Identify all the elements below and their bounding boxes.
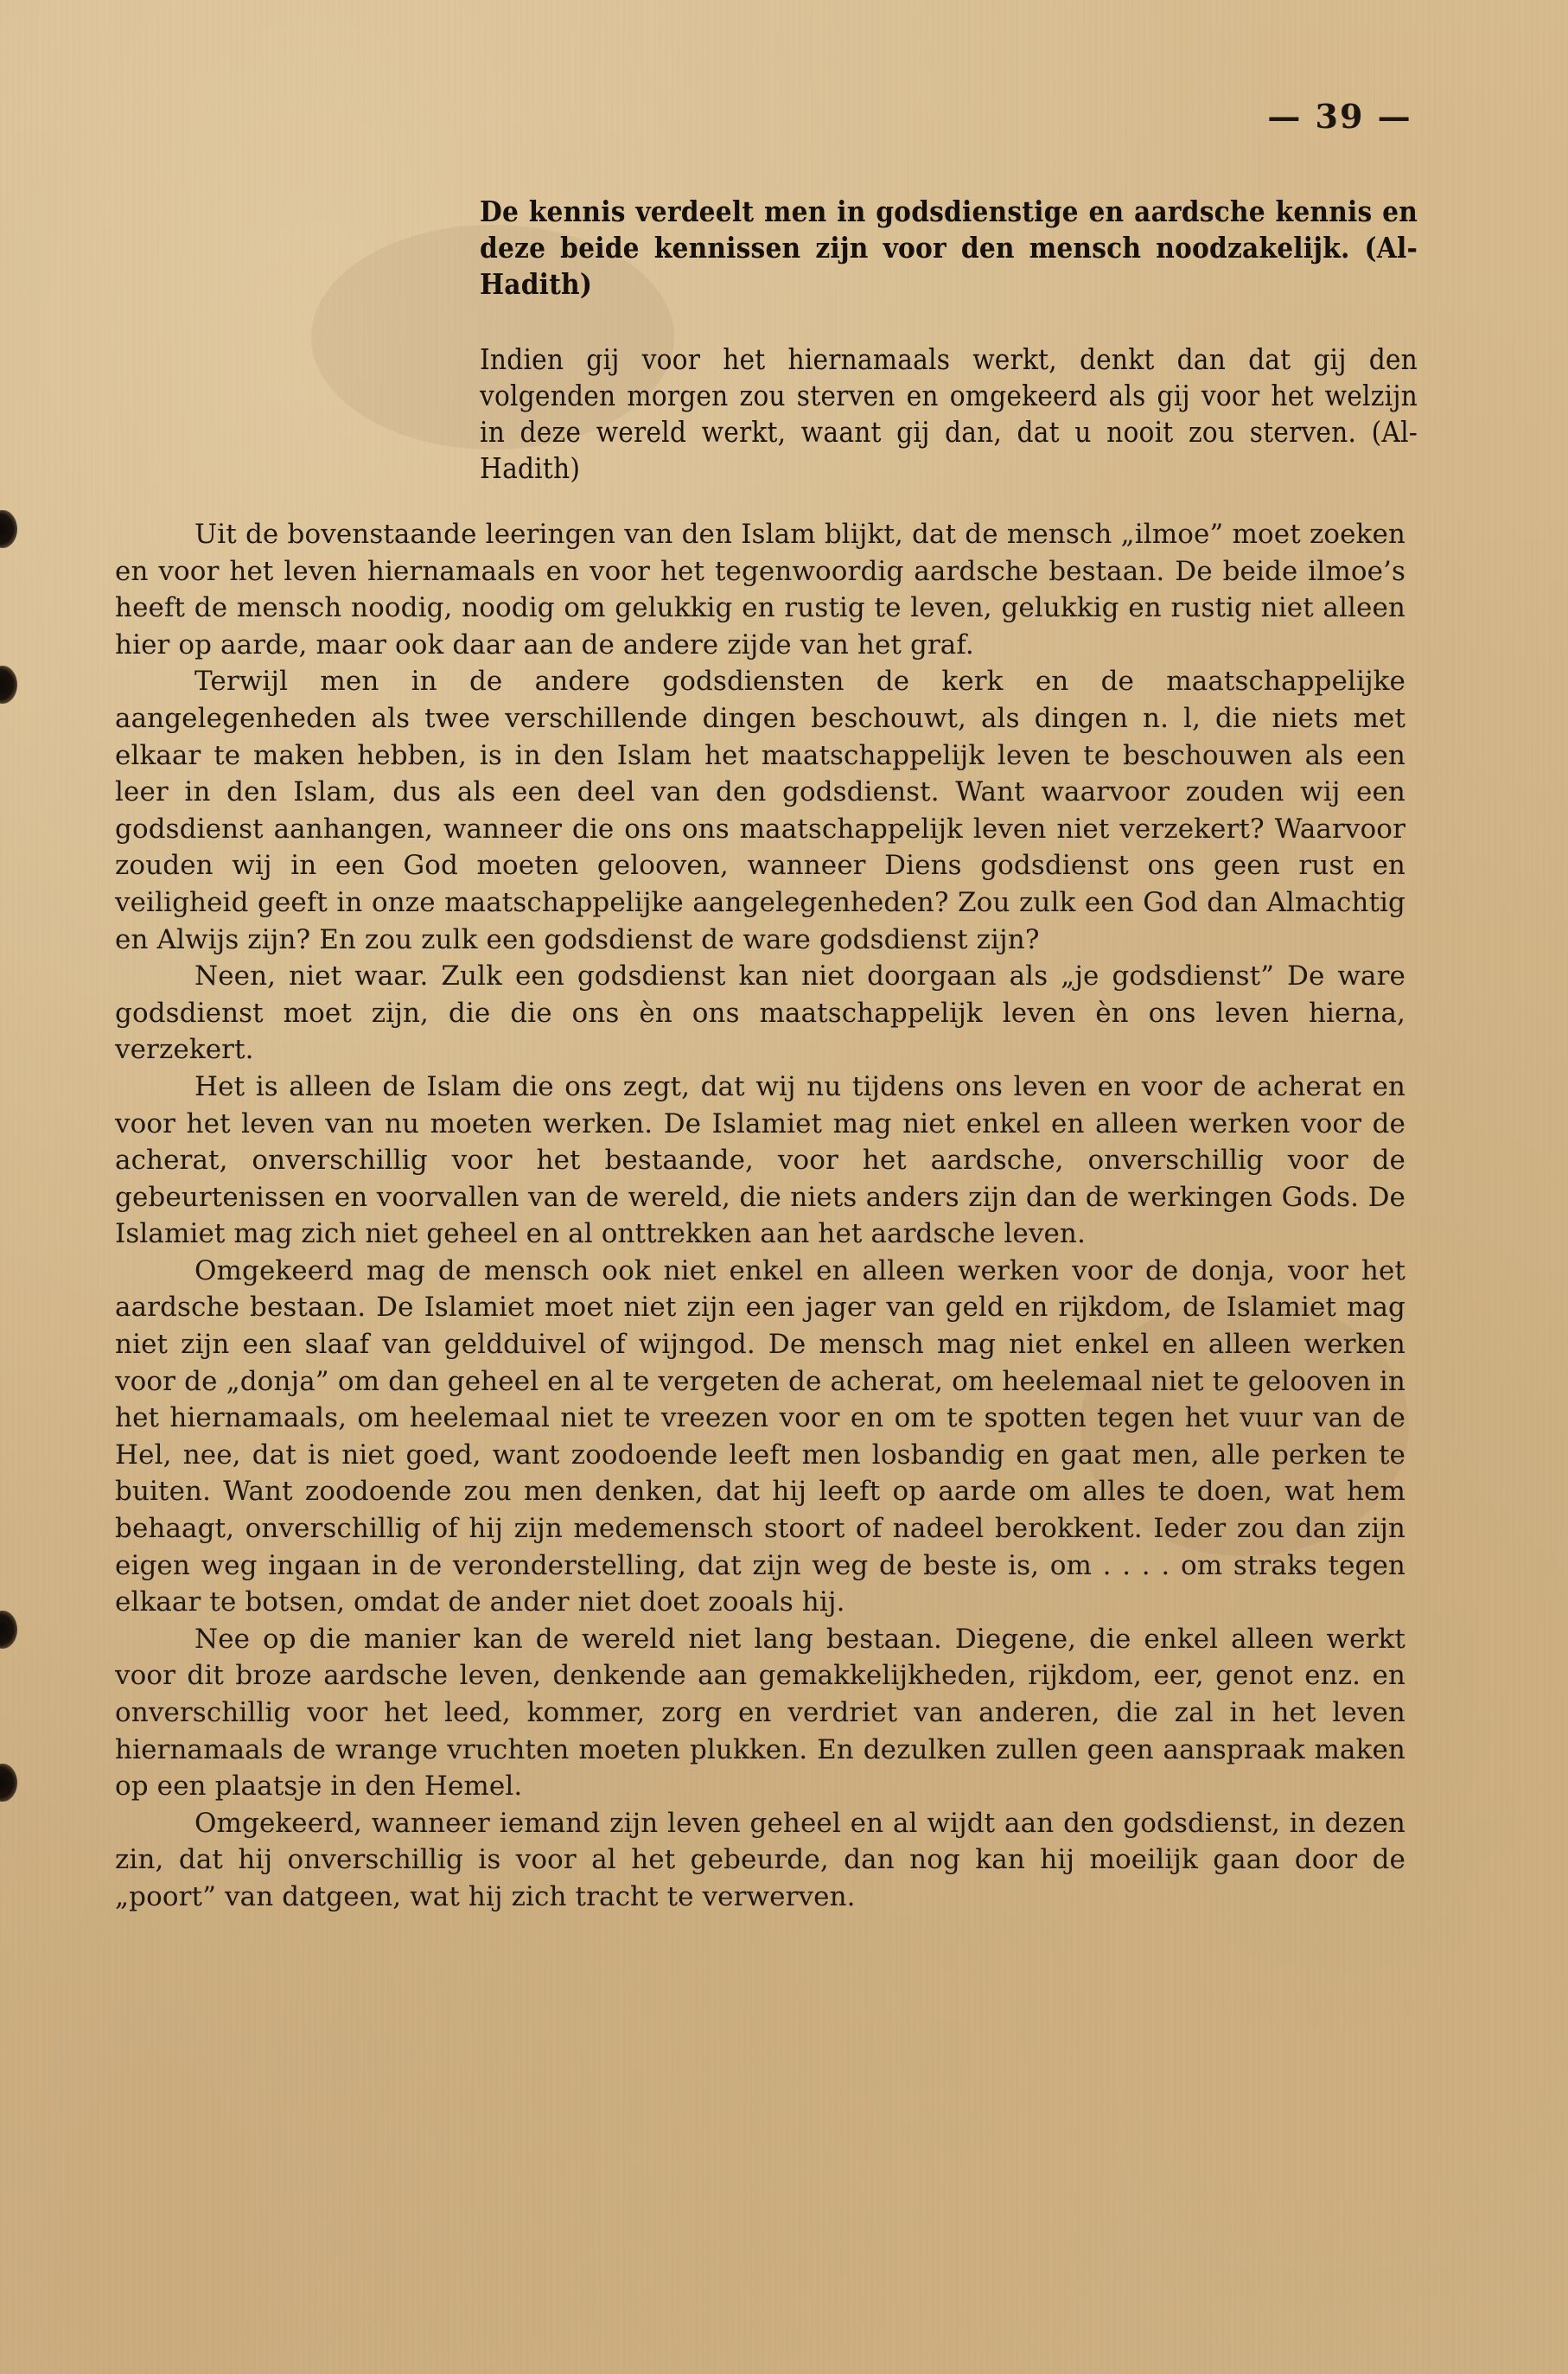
hadith-quote-knowledge: De kennis verdeelt men in godsdienstige … <box>480 194 1418 303</box>
hadith-quote-hereafter: Indien gij voor het hiernamaals werkt, d… <box>480 341 1418 487</box>
paragraph-church-and-society: Terwijl men in de andere godsdiensten de… <box>115 663 1405 958</box>
paragraph-ilmoe: Uit de bovenstaande leeringen van den Is… <box>115 516 1405 663</box>
punch-hole-4 <box>0 1764 17 1802</box>
paragraph-true-religion: Neen, niet waar. Zulk een godsdienst kan… <box>115 958 1405 1069</box>
page-number: — 39 — <box>1245 97 1435 136</box>
punch-hole-2 <box>0 666 17 704</box>
quote-text: Indien gij voor het hiernamaals werkt, d… <box>480 341 1418 487</box>
punch-hole-3 <box>0 1611 17 1649</box>
paragraph-world-cannot-last: Nee op die manier kan de wereld niet lan… <box>115 1621 1405 1805</box>
body-text: Uit de bovenstaande leeringen van den Is… <box>115 516 1405 1916</box>
punch-hole-1 <box>0 510 17 548</box>
paragraph-acherat: Het is alleen de Islam die ons zegt, dat… <box>115 1069 1405 1253</box>
paragraph-devotion: Omgekeerd, wanneer iemand zijn leven geh… <box>115 1805 1405 1916</box>
paragraph-donja: Omgekeerd mag de mensch ook niet enkel e… <box>115 1253 1405 1621</box>
quote-text: De kennis verdeelt men in godsdienstige … <box>480 194 1418 303</box>
